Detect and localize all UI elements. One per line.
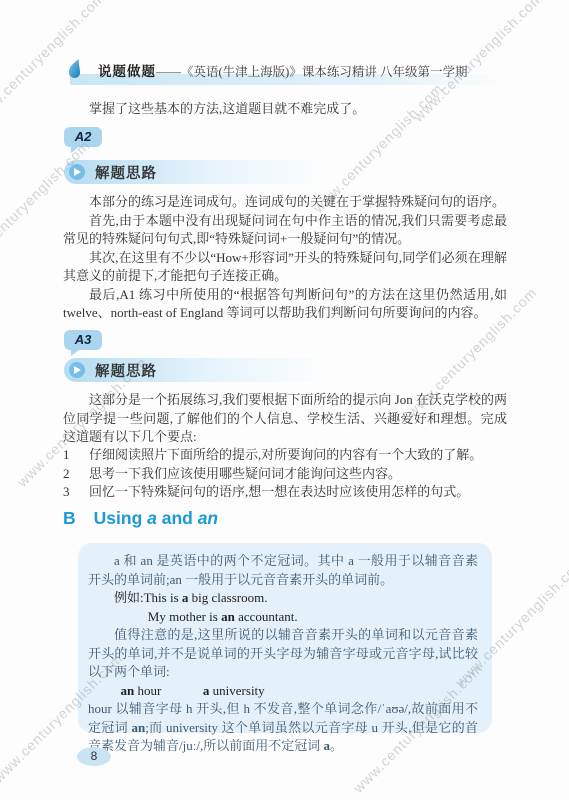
paragraph: 首先,由于本题中没有出现疑问词在句中作主语的情况,我们只需要考虑最常见的特殊疑问… (63, 212, 507, 249)
example-text: My mother is (148, 609, 221, 624)
play-arrow-icon (69, 362, 85, 378)
a3-paragraphs: 这部分是一个拓展练习,我们要根据下面所给的提示向 Jon 在沃克学校的两位同学提… (63, 391, 507, 447)
example-sentence-2: My mother is an accountant. (88, 608, 478, 627)
section-heading-label: 解题思路 (95, 360, 157, 381)
list-item-number: 1 (63, 446, 89, 465)
list-item-text: 回忆一下特殊疑问句的语序,想一想在表达时应该使用怎样的句式。 (89, 483, 469, 502)
bold-article-an: an (221, 609, 235, 624)
paragraph: 这部分是一个拓展练习,我们要根据下面所给的提示向 Jon 在沃克学校的两位同学提… (63, 391, 507, 447)
compare-word: hour (134, 683, 161, 698)
bold-article-an: an (121, 683, 135, 698)
textbook-page: www.centuryenglish.com www.centuryenglis… (0, 0, 569, 800)
section-heading-a3: 解题思路 (64, 358, 332, 382)
list-item-text: 思考一下我们应该使用哪些疑问词才能询问这些内容。 (89, 465, 401, 484)
section-heading-a2: 解题思路 (64, 160, 332, 184)
intro-paragraph: 掌握了这些基本的方法,这道题目就不难完成了。 (63, 100, 506, 119)
page-number: 8 (77, 747, 111, 766)
list-item-text: 仔细阅读照片下面所给的提示,对所要询问的内容有一个大致的了解。 (89, 446, 482, 465)
note-paragraph: 值得注意的是,这里所说的以辅音音素开头的单词和以元音音素开头的单词,并不是说单词… (88, 626, 478, 682)
list-item-number: 3 (63, 483, 89, 502)
example-text: 例如:This is (114, 590, 182, 605)
list-item: 2 思考一下我们应该使用哪些疑问词才能询问这些内容。 (63, 465, 507, 484)
a2-paragraphs: 本部分的练习是连词成句。连词成句的关键在于掌握特殊疑问句的语序。 首先,由于本题… (63, 193, 507, 323)
note-text: 。 (330, 738, 343, 753)
play-arrow-icon (69, 164, 85, 180)
exercise-badge-a2: A2 (64, 127, 102, 147)
note-text: ;而 university 这个单词虽然以元音字母 u 开头,但是它的首音素发音… (88, 720, 478, 754)
grammar-note-box: a 和 an 是英语中的两个不定冠词。其中 a 一般用于以辅音音素开头的单词前;… (78, 543, 492, 733)
example-text: big classroom. (188, 590, 267, 605)
paragraph: 其次,在这里有不少以“How+形容词”开头的特殊疑问句,同学们必须在理解其意义的… (63, 249, 507, 286)
section-title-part: and (157, 508, 198, 528)
page-header: 说题做题——《英语(牛津上海版)》课本练习精讲 八年级第一学期 (98, 60, 518, 80)
article-a: a (147, 508, 157, 528)
example-text: accountant. (235, 609, 298, 624)
paragraph: 最后,A1 练习中所使用的“根据答句判断问句”的方法在这里仍然适用,如 twel… (63, 286, 507, 323)
header-series-title: 说题做题 (98, 64, 156, 79)
comparison-words: an houra university (88, 682, 478, 701)
exercise-badge-a3: A3 (64, 330, 102, 350)
article-an: an (198, 508, 218, 528)
list-item: 3 回忆一下特殊疑问句的语序,想一想在表达时应该使用怎样的句式。 (63, 483, 507, 502)
section-heading-label: 解题思路 (95, 162, 157, 183)
section-title-part: Using (94, 508, 147, 528)
pronunciation-note: hour 以辅音字母 h 开头,但 h 不发音,整个单词念作/ˈaʊə/,故前面… (88, 700, 478, 756)
section-letter: B (63, 508, 76, 528)
note-paragraph: a 和 an 是英语中的两个不定冠词。其中 a 一般用于以辅音音素开头的单词前;… (88, 552, 478, 589)
bold-article-an: an (132, 720, 146, 735)
example-sentence-1: 例如:This is a big classroom. (88, 589, 478, 608)
header-subtitle: ——《英语(牛津上海版)》课本练习精讲 八年级第一学期 (156, 65, 467, 79)
section-b-heading: BUsing a and an (63, 508, 507, 529)
list-item-number: 2 (63, 465, 89, 484)
list-item: 1 仔细阅读照片下面所给的提示,对所要询问的内容有一个大致的了解。 (63, 446, 507, 465)
drop-swoosh-icon (66, 58, 83, 80)
compare-word: university (209, 683, 264, 698)
paragraph: 本部分的练习是连词成句。连词成句的关键在于掌握特殊疑问句的语序。 (63, 193, 507, 212)
a3-key-points-list: 1 仔细阅读照片下面所给的提示,对所要询问的内容有一个大致的了解。 2 思考一下… (63, 446, 507, 502)
